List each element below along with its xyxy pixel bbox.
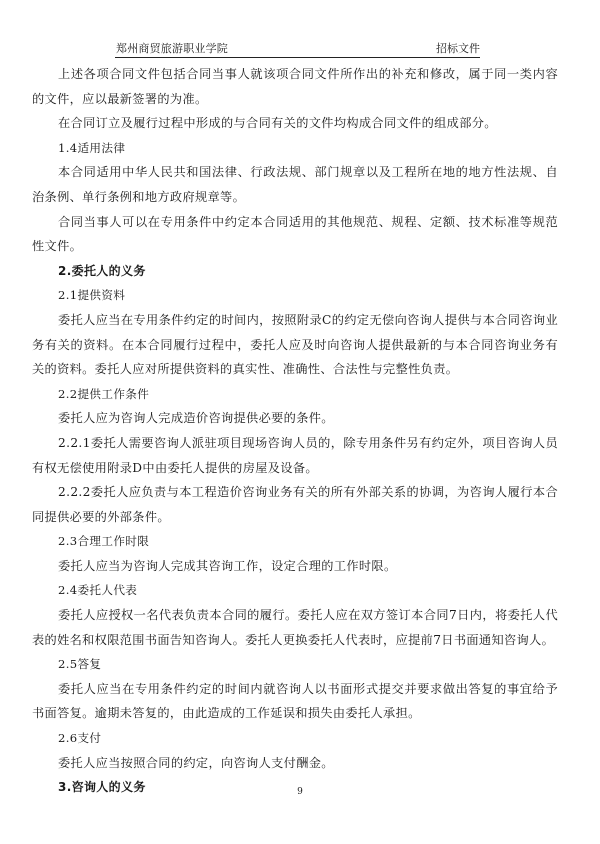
page-number: 9 xyxy=(0,787,600,797)
paragraph: 委托人应授权一名代表负责本合同的履行。委托人应在双方签订本合同7日内，将委托人代… xyxy=(32,603,558,652)
section-title: 2.6支付 xyxy=(32,726,558,751)
document-body: 上述各项合同文件包括合同当事人就该项合同文件所作出的补充和修改，属于同一类内容的… xyxy=(32,62,558,800)
paragraph: 合同当事人可以在专用条件中约定本合同适用的其他规范、规程、定额、技术标准等规范性… xyxy=(32,210,558,259)
header-document-type: 招标文件 xyxy=(436,42,480,56)
paragraph: 委托人应当为咨询人完成其咨询工作，设定合理的工作时限。 xyxy=(32,554,558,579)
section-title: 2.3合理工作时限 xyxy=(32,529,558,554)
paragraph: 本合同适用中华人民共和国法律、行政法规、部门规章以及工程所在地的地方性法规、自治… xyxy=(32,160,558,209)
paragraph: 在合同订立及履行过程中形成的与合同有关的文件均构成合同文件的组成部分。 xyxy=(32,111,558,136)
section-title: 2.5答复 xyxy=(32,652,558,677)
paragraph: 委托人应当在专用条件约定的时间内，按照附录C的约定无偿向咨询人提供与本合同咨询业… xyxy=(32,308,558,382)
paragraph: 2.2.2委托人应负责与本工程造价咨询业务有关的所有外部关系的协调，为咨询人履行… xyxy=(32,480,558,529)
section-title: 2.4委托人代表 xyxy=(32,578,558,603)
paragraph: 委托人应当在专用条件约定的时间内就咨询人以书面形式提交并要求做出答复的事宜给予书… xyxy=(32,677,558,726)
section-title: 2.2提供工作条件 xyxy=(32,382,558,407)
paragraph: 2.2.1委托人需要咨询人派驻项目现场咨询人员的，除专用条件另有约定外，项目咨询… xyxy=(32,431,558,480)
section-title: 2.1提供资料 xyxy=(32,283,558,308)
header-school-name: 郑州商贸旅游职业学院 xyxy=(116,42,228,56)
paragraph: 委托人应为咨询人完成造价咨询提供必要的条件。 xyxy=(32,406,558,431)
page-header: 郑州商贸旅游职业学院 招标文件 xyxy=(115,42,480,58)
paragraph: 上述各项合同文件包括合同当事人就该项合同文件所作出的补充和修改，属于同一类内容的… xyxy=(32,62,558,111)
section-title: 1.4适用法律 xyxy=(32,136,558,161)
chapter-heading: 2.委托人的义务 xyxy=(32,259,558,284)
paragraph: 委托人应当按照合同的约定，向咨询人支付酬金。 xyxy=(32,751,558,776)
